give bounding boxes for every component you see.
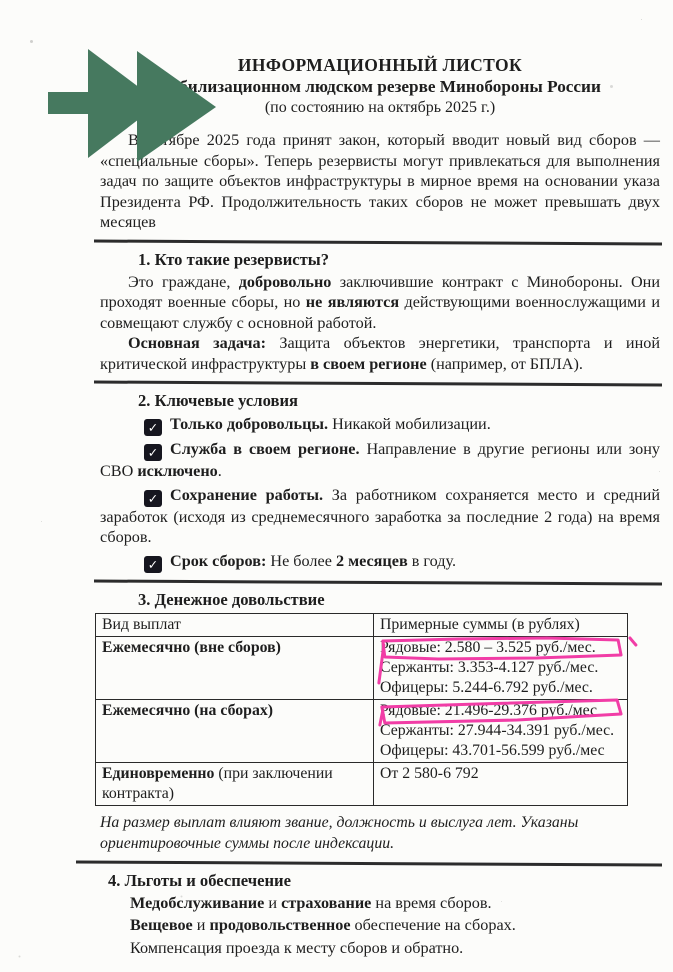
value-line-privates: Рядовые: 21.496-29.376 руб./мес <box>380 701 621 721</box>
bold-run: Единовременно <box>102 765 214 782</box>
value-line-officers: Офицеры: 43.701-56.599 руб./мес <box>380 741 621 761</box>
text-run: (например, от БПЛА). <box>427 355 583 373</box>
pay-table: Вид выплат Примерные суммы (в рублях) Еж… <box>95 613 628 806</box>
column-header-payment-type: Вид выплат <box>96 613 374 636</box>
bold-run: не являются <box>306 293 399 311</box>
benefit-item-supply: Вещевое и продовольственное обеспечение … <box>130 915 660 936</box>
bold-run: страхование <box>281 894 371 912</box>
section-2-heading: 2. Ключевые условия <box>138 390 660 411</box>
bold-run: Медобслуживание <box>130 894 264 912</box>
section-1-heading: 1. Кто такие резервисты? <box>138 249 660 270</box>
bold-run: Сохранение работы. <box>170 486 323 504</box>
bold-run: Вещевое <box>130 916 193 934</box>
value-text: Рядовые: 2.580 – 3.525 руб./мес. <box>380 639 596 656</box>
condition-item-region: ✓Служба в своем регионе. Направление в д… <box>100 439 660 482</box>
bold-run: 2 месяцев <box>336 552 408 570</box>
condition-item-job: ✓Сохранение работы. За работником сохран… <box>100 485 660 548</box>
bold-run: продовольственное <box>210 916 351 934</box>
row-values: Рядовые: 21.496-29.376 руб./мес Сержанты… <box>374 699 628 762</box>
table-row-one-time: Единовременно (при заключении контракта)… <box>96 762 628 805</box>
text-run: Это граждане, <box>128 273 239 291</box>
green-double-arrow-icon <box>42 44 222 168</box>
section-4-heading: 4. Льготы и обеспечение <box>108 870 660 891</box>
text-run: . <box>218 462 222 480</box>
value-text: Сержанты: 27.944-34.391 руб./мес. <box>380 722 614 739</box>
column-header-amounts: Примерные суммы (в рублях) <box>374 613 628 636</box>
row-label: Единовременно (при заключении контракта) <box>96 762 374 805</box>
value-text: Сержанты: 3.353-4.127 руб./мес. <box>380 659 598 676</box>
value-line-sergeants: Сержанты: 27.944-34.391 руб./мес. <box>380 721 621 741</box>
value-line-officers: Офицеры: 5.244-6.792 руб./мес. <box>380 678 621 698</box>
value-line-privates: Рядовые: 2.580 – 3.525 руб./мес. <box>380 638 621 658</box>
checkbox-checked-icon: ✓ <box>144 556 162 573</box>
text-run: и <box>264 894 281 912</box>
condition-item-term: ✓Срок сборов: Не более 2 месяцев в году. <box>100 551 660 573</box>
text-run: обеспечение на сборах. <box>351 916 516 934</box>
bold-run: Основная задача: <box>128 334 266 352</box>
section-divider <box>94 381 662 387</box>
text-run: Компенсация проезда к месту сборов и обр… <box>130 939 463 957</box>
checkbox-checked-icon: ✓ <box>144 490 162 507</box>
text-run: и <box>193 916 210 934</box>
checkbox-checked-icon: ✓ <box>144 444 162 461</box>
check-glyph: ✓ <box>144 490 162 507</box>
bold-run: Служба в своем регионе. <box>170 440 360 458</box>
value-line-sergeants: Сержанты: 3.353-4.127 руб./мес. <box>380 658 621 678</box>
value-text: Рядовые: 21.496-29.376 руб./мес <box>380 702 597 719</box>
value-text: Офицеры: 5.244-6.792 руб./мес. <box>380 679 593 696</box>
check-glyph: ✓ <box>144 444 162 461</box>
section-1-paragraph-1: Это граждане, добровольно заключившие ко… <box>100 272 660 334</box>
bold-run: Срок сборов: <box>170 552 266 570</box>
condition-item-volunteers: ✓Только добровольцы. Никакой мобилизации… <box>100 414 660 436</box>
section-1-paragraph-2: Основная задача: Защита объектов энергет… <box>100 333 660 374</box>
bold-run: добровольно <box>239 273 332 291</box>
check-glyph: ✓ <box>144 556 162 573</box>
text-run: Никакой мобилизации. <box>328 415 491 433</box>
check-glyph: ✓ <box>144 419 162 436</box>
text-run: в году. <box>408 552 456 570</box>
section-3-heading: 3. Денежное довольствие <box>138 589 660 610</box>
bold-run: Только добровольцы. <box>170 415 328 433</box>
section-divider <box>94 239 662 245</box>
table-row-monthly-off-duty: Ежемесячно (вне сборов) Рядовые: 2.580 –… <box>96 636 628 699</box>
table-header-row: Вид выплат Примерные суммы (в рублях) <box>96 613 628 636</box>
section-divider <box>76 860 662 866</box>
text-run: на время сборов. <box>371 894 491 912</box>
row-label: Ежемесячно (на сборах) <box>96 699 374 762</box>
bold-run: исключено <box>137 462 217 480</box>
row-values: Рядовые: 2.580 – 3.525 руб./мес. Сержант… <box>374 636 628 699</box>
benefit-item-medical: Медобслуживание и страхование на время с… <box>130 893 660 914</box>
checkbox-checked-icon: ✓ <box>144 419 162 436</box>
row-label: Ежемесячно (вне сборов) <box>96 636 374 699</box>
table-row-monthly-on-duty: Ежемесячно (на сборах) Рядовые: 21.496-2… <box>96 699 628 762</box>
scanned-document-page: ИНФОРМАЦИОННЫЙ ЛИСТОК мобилизационном лю… <box>0 0 673 972</box>
scan-noise <box>30 40 33 43</box>
benefit-item-travel: Компенсация проезда к месту сборов и обр… <box>130 938 660 959</box>
section-divider <box>94 579 662 585</box>
document-content: ИНФОРМАЦИОННЫЙ ЛИСТОК мобилизационном лю… <box>100 54 660 960</box>
value-text: Офицеры: 43.701-56.599 руб./мес <box>380 742 605 759</box>
bold-run: в своем регионе <box>310 355 426 373</box>
row-value: От 2 580-6 792 <box>374 762 628 805</box>
text-run: Не более <box>266 552 336 570</box>
table-footnote: На размер выплат влияют звание, должност… <box>100 812 660 854</box>
